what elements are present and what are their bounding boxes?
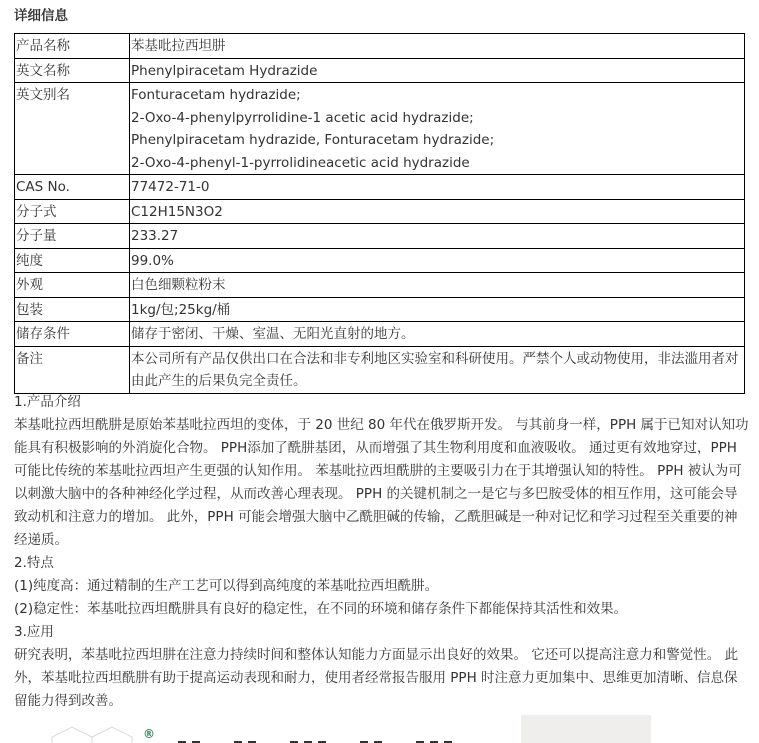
spec-row: 分子式C12H15N3O2 xyxy=(15,199,745,224)
spec-label: 产品名称 xyxy=(15,34,130,59)
spec-row: 外观白色细颗粒粉末 xyxy=(15,273,745,298)
spec-row: 纯度99.0% xyxy=(15,248,745,273)
spec-label: 分子量 xyxy=(15,224,130,249)
spec-value-line: 2-Oxo-4-phenyl-1-pyrrolidineacetic acid … xyxy=(131,152,743,175)
company-logo-banner: ® xyxy=(0,705,759,743)
features-heading: 2.特点 xyxy=(14,552,749,575)
spec-value: C12H15N3O2 xyxy=(130,199,745,224)
spec-value-line: 苯基吡拉西坦肼 xyxy=(131,35,743,58)
spec-value-line: 77472-71-0 xyxy=(131,176,743,199)
spec-table: 产品名称苯基吡拉西坦肼英文名称Phenylpiracetam Hydrazide… xyxy=(14,33,745,394)
spec-value: 储存于密闭、干燥、室温、无阳光直射的地方。 xyxy=(130,322,745,347)
spec-row: 分子量233.27 xyxy=(15,224,745,249)
spec-label: 外观 xyxy=(15,273,130,298)
spec-row: 产品名称苯基吡拉西坦肼 xyxy=(15,34,745,59)
image-placeholder xyxy=(521,715,651,743)
product-description: 1.产品介绍 苯基吡拉西坦酰肼是原始苯基吡拉西坦的变体，于 20 世纪 80 年… xyxy=(14,391,749,713)
hexagon-logo-icon xyxy=(50,723,140,743)
spec-label: 英文别名 xyxy=(15,83,130,175)
spec-value-line: Phenylpiracetam Hydrazide xyxy=(131,60,743,83)
product-detail-page: 详细信息 产品名称苯基吡拉西坦肼英文名称Phenylpiracetam Hydr… xyxy=(0,0,759,743)
spec-value-line: Phenylpiracetam hydrazide, Fonturacetam … xyxy=(131,129,743,152)
spec-value: Fonturacetam hydrazide;2-Oxo-4-phenylpyr… xyxy=(130,83,745,175)
spec-row: 包装1kg/包;25kg/桶 xyxy=(15,297,745,322)
spec-value-line: 99.0% xyxy=(131,250,743,273)
intro-heading: 1.产品介绍 xyxy=(14,391,749,414)
spec-value-line: 2-Oxo-4-phenylpyrrolidine-1 acetic acid … xyxy=(131,107,743,130)
spec-row: 英文别名Fonturacetam hydrazide;2-Oxo-4-pheny… xyxy=(15,83,745,175)
spec-value-line: 本公司所有产品仅供出口在合法和非专利地区实验室和科研使用。严禁个人或动物使用，非… xyxy=(131,348,743,393)
registered-mark: ® xyxy=(143,727,155,741)
spec-value: 白色细颗粒粉末 xyxy=(130,273,745,298)
feature-stability: (2)稳定性：苯基吡拉西坦酰肼具有良好的稳定性，在不同的环境和储存条件下都能保持… xyxy=(14,598,749,621)
spec-value-line: C12H15N3O2 xyxy=(131,201,743,224)
spec-value: 233.27 xyxy=(130,224,745,249)
spec-value-line: 储存于密闭、干燥、室温、无阳光直射的地方。 xyxy=(131,323,743,346)
spec-label: 储存条件 xyxy=(15,322,130,347)
spec-value-line: Fonturacetam hydrazide; xyxy=(131,84,743,107)
spec-value: 99.0% xyxy=(130,248,745,273)
section-title: 详细信息 xyxy=(14,4,68,24)
spec-row: CAS No.77472-71-0 xyxy=(15,175,745,200)
spec-label: 分子式 xyxy=(15,199,130,224)
spec-row: 备注本公司所有产品仅供出口在合法和非专利地区实验室和科研使用。严禁个人或动物使用… xyxy=(15,346,745,393)
spec-value: 本公司所有产品仅供出口在合法和非专利地区实验室和科研使用。严禁个人或动物使用，非… xyxy=(130,346,745,393)
application-text: 研究表明，苯基吡拉西坦肼在注意力持续时间和整体认知能力方面显示出良好的效果。 它… xyxy=(14,644,749,713)
spec-row: 英文名称Phenylpiracetam Hydrazide xyxy=(15,58,745,83)
spec-label: 包装 xyxy=(15,297,130,322)
spec-value: 77472-71-0 xyxy=(130,175,745,200)
spec-label: 备注 xyxy=(15,346,130,393)
spec-label: CAS No. xyxy=(15,175,130,200)
spec-value-line: 1kg/包;25kg/桶 xyxy=(131,299,743,322)
spec-value: Phenylpiracetam Hydrazide xyxy=(130,58,745,83)
spec-label: 纯度 xyxy=(15,248,130,273)
spec-label: 英文名称 xyxy=(15,58,130,83)
spec-value-line: 233.27 xyxy=(131,225,743,248)
spec-value-line: 白色细颗粒粉末 xyxy=(131,274,743,297)
feature-purity: (1)纯度高：通过精制的生产工艺可以得到高纯度的苯基吡拉西坦酰肼。 xyxy=(14,575,749,598)
spec-value: 1kg/包;25kg/桶 xyxy=(130,297,745,322)
application-heading: 3.应用 xyxy=(14,621,749,644)
spec-row: 储存条件储存于密闭、干燥、室温、无阳光直射的地方。 xyxy=(15,322,745,347)
spec-value: 苯基吡拉西坦肼 xyxy=(130,34,745,59)
intro-text: 苯基吡拉西坦酰肼是原始苯基吡拉西坦的变体，于 20 世纪 80 年代在俄罗斯开发… xyxy=(14,414,749,552)
